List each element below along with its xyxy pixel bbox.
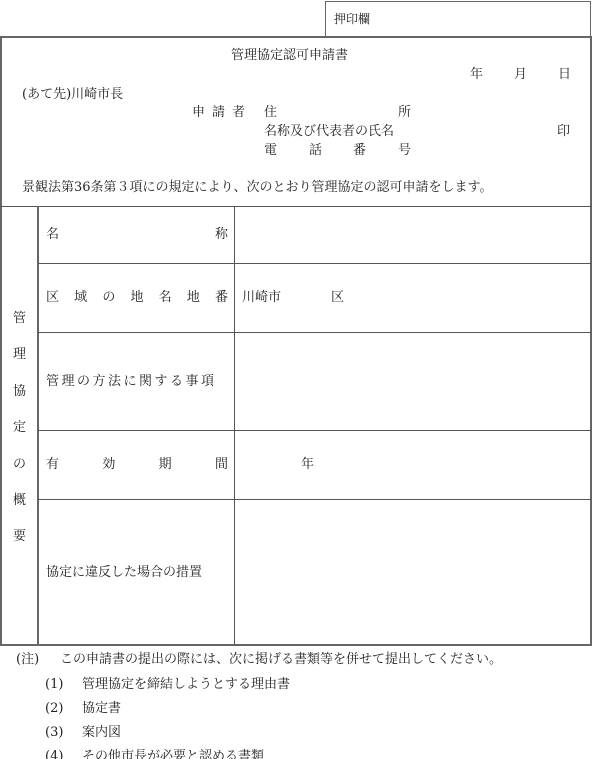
note-item-number: (2) — [45, 702, 63, 715]
stamp-box-label: 押印欄 — [334, 13, 370, 25]
label-char: 名 — [159, 291, 172, 304]
violation-measures-value-field[interactable] — [236, 500, 590, 644]
name-value-field[interactable] — [236, 207, 590, 262]
side-char: の — [13, 458, 26, 471]
row-label-validity-period: 有 効 期 間 — [46, 458, 228, 471]
phone-label-4: 号 — [398, 144, 411, 157]
date-day-label: 日 — [558, 68, 571, 81]
applicant-label-2: 請 — [212, 106, 225, 119]
row-divider-1 — [38, 263, 591, 264]
side-char: 管 — [13, 312, 26, 325]
form-title: 管理協定認可申請書 — [231, 49, 348, 62]
stamp-box: 押印欄 — [325, 1, 591, 36]
side-column-divider — [37, 206, 39, 646]
side-char: 理 — [13, 348, 26, 361]
area-ward-value: 区 — [331, 291, 344, 304]
notes-intro: この申請書の提出の際には、次に掲げる書類等を併せて提出してください。 — [60, 653, 502, 666]
label-char: 間 — [215, 458, 228, 471]
row-divider-3 — [38, 430, 591, 431]
label-value-divider — [234, 206, 235, 646]
side-char: 要 — [13, 530, 26, 543]
label-char: 有 — [46, 458, 59, 471]
address-label-left: 住 — [264, 106, 277, 119]
note-item-text: その他市長が必要と認める書類 — [82, 750, 264, 759]
side-label-summary: 管 理 協 定 の 概 要 — [0, 206, 37, 646]
seal-mark: 印 — [557, 125, 570, 138]
label-char: 地 — [187, 291, 200, 304]
applicant-label-3: 者 — [232, 106, 245, 119]
row-label-management-method: 管理の方法に関する事項 — [46, 375, 217, 388]
date-year-label: 年 — [470, 68, 483, 81]
label-char: 期 — [159, 458, 172, 471]
label-char: 域 — [74, 291, 87, 304]
phone-label-3: 番 — [353, 144, 366, 157]
addressee: (あて先)川崎市長 — [22, 88, 123, 101]
area-city-value: 川崎市 — [242, 291, 281, 304]
validity-years-unit: 年 — [301, 458, 314, 471]
row-label-violation-measures: 協定に違反した場合の措置 — [46, 566, 202, 579]
label-char: 地 — [130, 291, 143, 304]
notes-prefix: (注) — [16, 653, 39, 666]
name-representative-label: 名称及び代表者の氏名 — [264, 125, 394, 138]
label-char: 番 — [215, 291, 228, 304]
label-char: 称 — [215, 228, 228, 241]
phone-label-2: 話 — [309, 144, 322, 157]
phone-label-1: 電 — [264, 144, 277, 157]
label-char: 名 — [46, 228, 59, 241]
row-label-area-location: 区 域 の 地 名 地 番 — [46, 291, 228, 304]
note-item-text: 管理協定を締結しようとする理由書 — [82, 678, 290, 691]
management-method-value-field[interactable] — [236, 333, 590, 429]
application-statement: 景観法第36条第３項にの規定により、次のとおり管理協定の認可申請をします。 — [22, 181, 493, 194]
side-char: 定 — [13, 421, 26, 434]
note-item-text: 協定書 — [82, 702, 121, 715]
note-item-text: 案内図 — [82, 726, 121, 739]
note-item-number: (1) — [45, 678, 63, 691]
note-item-number: (4) — [45, 750, 63, 759]
note-item-number: (3) — [45, 726, 63, 739]
applicant-label-1: 申 — [192, 106, 205, 119]
row-label-name: 名 称 — [46, 228, 228, 241]
date-month-label: 月 — [514, 68, 527, 81]
label-char: の — [102, 291, 115, 304]
label-char: 区 — [46, 291, 59, 304]
label-char: 効 — [102, 458, 115, 471]
side-char: 概 — [13, 494, 26, 507]
side-char: 協 — [13, 385, 26, 398]
address-label-right: 所 — [398, 106, 411, 119]
